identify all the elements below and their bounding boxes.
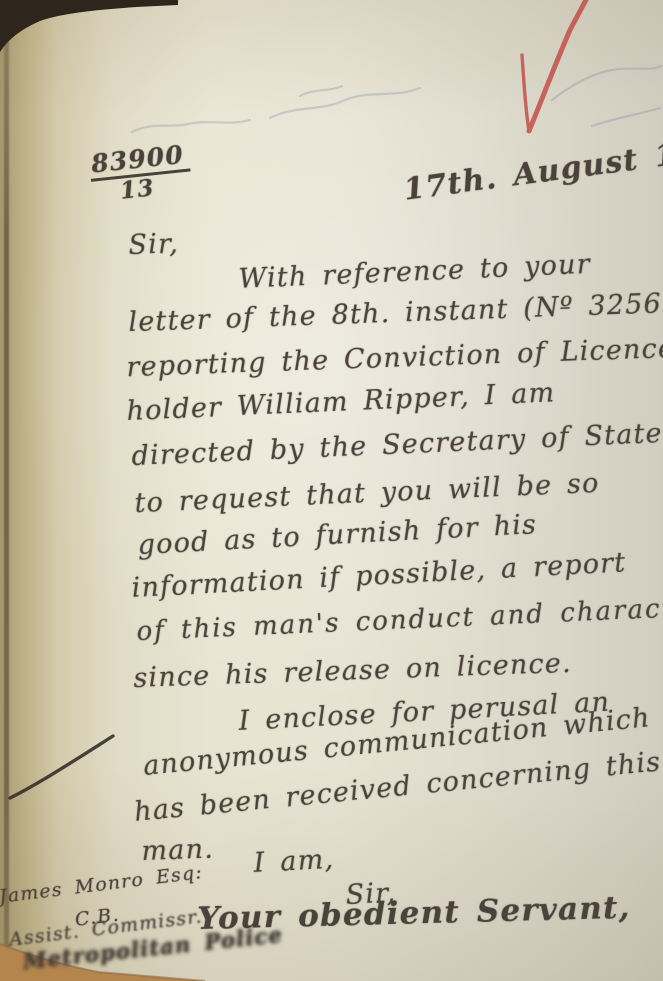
body-line: With reference to your — [238, 251, 591, 293]
addressee-name: James Monro Esq: — [0, 863, 204, 907]
letter-date: 17th. August 1888. — [402, 130, 663, 206]
red-checkmark-icon — [522, 0, 587, 131]
letter-page: 83900 13 17th. August 1888. Sir, With re… — [0, 0, 663, 981]
body-line: letter of the 8th. instant (Nº 32569), — [128, 289, 663, 336]
reference-number: 83900 13 — [88, 142, 193, 206]
pencil-annotation-top — [132, 86, 420, 132]
body-line: man. — [141, 835, 214, 865]
pencil-annotation-top-right — [552, 66, 661, 126]
body-line: of this man's conduct and character — [136, 594, 663, 645]
closing-i-am: I am, — [253, 846, 335, 877]
salutation: Sir, — [128, 230, 179, 259]
body-line: good as to furnish for his — [137, 511, 538, 559]
background-top-left-corner — [0, 0, 178, 52]
margin-ink-stroke — [10, 736, 113, 798]
reference-number-bottom: 13 — [119, 172, 193, 202]
page-binding-edge — [4, 0, 9, 981]
body-line: holder William Ripper, I am — [126, 379, 556, 425]
body-line: since his release on licence. — [133, 650, 572, 692]
body-line: directed by the Secretary of State — [131, 420, 663, 470]
body-line: reporting the Conviction of Licence- — [126, 334, 663, 381]
